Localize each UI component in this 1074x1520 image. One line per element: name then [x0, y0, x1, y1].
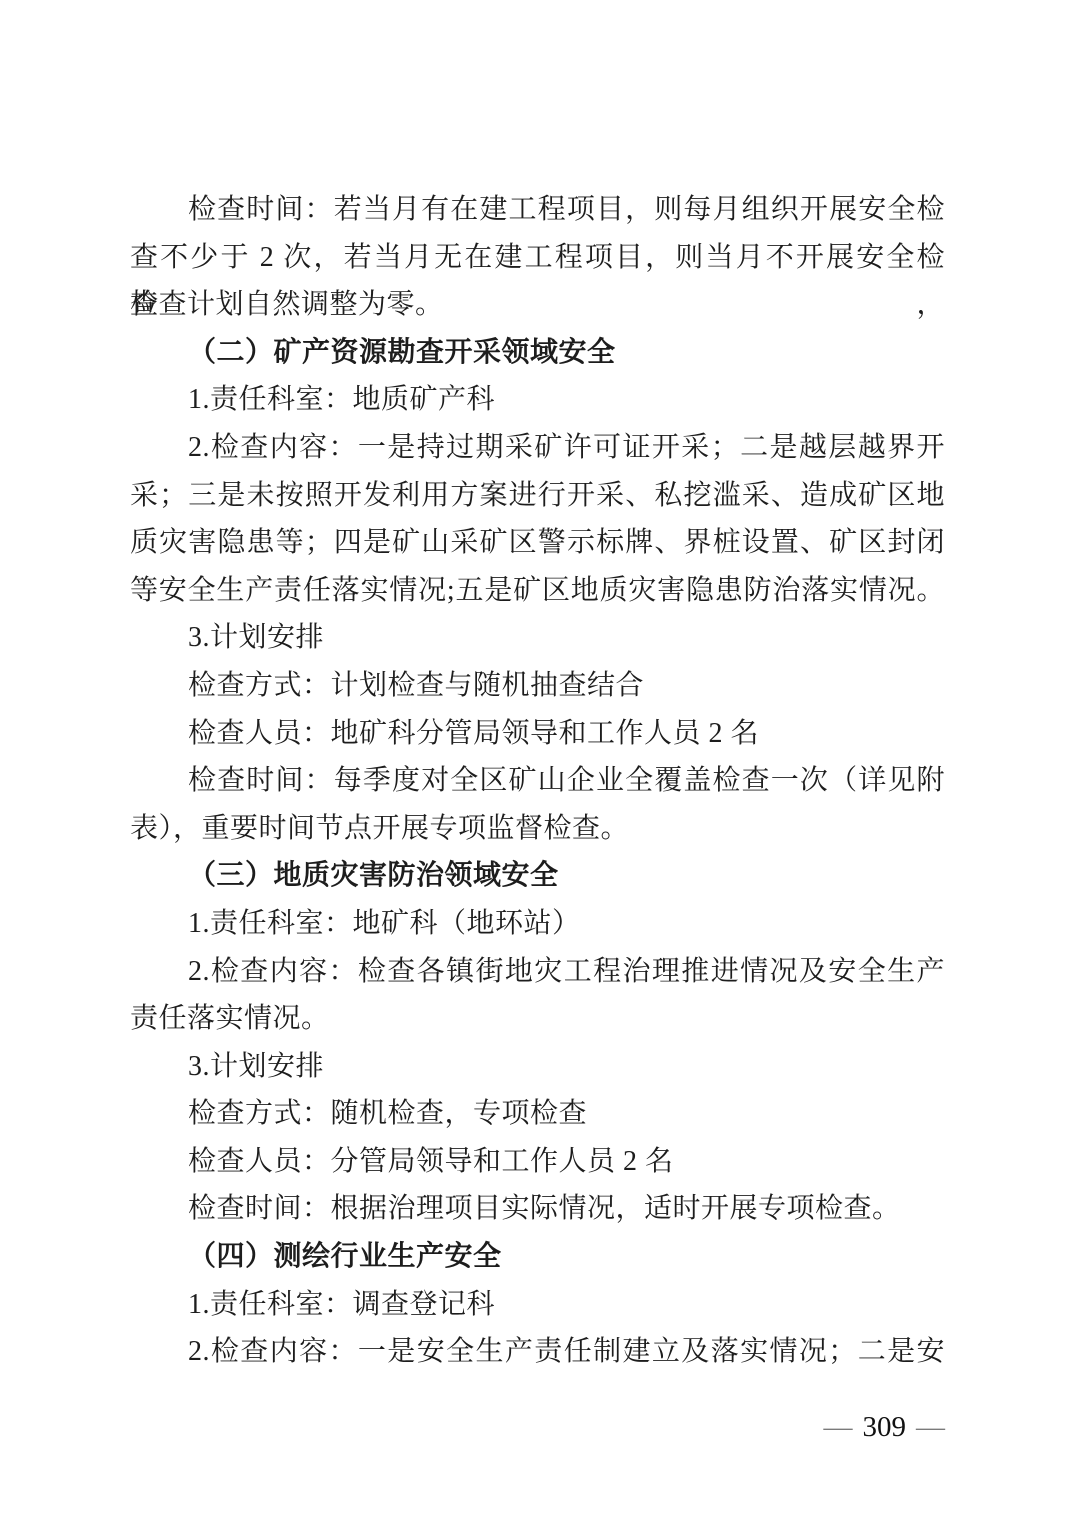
text-line: 检查人员：地矿科分管局领导和工作人员 2 名 — [130, 710, 945, 758]
text-line: 1.责任科室：调查登记科 — [130, 1281, 945, 1329]
text-line: 质灾害隐患等；四是矿山采矿区警示标牌、界桩设置、矿区封闭 — [130, 519, 945, 567]
text-line: 检查时间：若当月有在建工程项目，则每月组织开展安全检 — [130, 186, 945, 234]
text-line: 表），重要时间节点开展专项监督检查。 — [130, 805, 945, 853]
text-line: 2.检查内容：一是持过期采矿许可证开采；二是越层越界开 — [130, 424, 945, 472]
page-footer: —309— — [130, 1409, 945, 1445]
text-line: 检查方式：随机检查，专项检查 — [130, 1090, 945, 1138]
text-line: 1.责任科室：地矿科（地环站） — [130, 900, 945, 948]
document-body: 检查时间：若当月有在建工程项目，则每月组织开展安全检查不少于 2 次，若当月无在… — [130, 186, 945, 1376]
text-line: 1.责任科室：地质矿产科 — [130, 376, 945, 424]
section-heading: （四）测绘行业生产安全 — [130, 1233, 945, 1281]
text-line: 2.检查内容：检查各镇街地灾工程治理推进情况及安全生产 — [130, 948, 945, 996]
text-line: 查不少于 2 次，若当月无在建工程项目，则当月不开展安全检查， — [130, 234, 945, 282]
text-line: 3.计划安排 — [130, 1043, 945, 1091]
page-number: 309 — [853, 1411, 917, 1443]
footer-dash-right: — — [916, 1411, 945, 1443]
text-line: 责任落实情况。 — [130, 995, 945, 1043]
text-line: 检查时间：每季度对全区矿山企业全覆盖检查一次（详见附 — [130, 757, 945, 805]
text-line: 采；三是未按照开发利用方案进行开采、私挖滥采、造成矿区地 — [130, 472, 945, 520]
document-page: 检查时间：若当月有在建工程项目，则每月组织开展安全检查不少于 2 次，若当月无在… — [0, 0, 1074, 1520]
text-line: 检查时间：根据治理项目实际情况，适时开展专项检查。 — [130, 1185, 945, 1233]
text-line: 等安全生产责任落实情况;五是矿区地质灾害隐患防治落实情况。 — [130, 567, 945, 615]
text-line: 检查人员：分管局领导和工作人员 2 名 — [130, 1138, 945, 1186]
text-line: 检查方式：计划检查与随机抽查结合 — [130, 662, 945, 710]
text-line: 3.计划安排 — [130, 614, 945, 662]
section-heading: （二）矿产资源勘查开采领域安全 — [130, 329, 945, 377]
footer-dash-left: — — [824, 1411, 853, 1443]
section-heading: （三）地质灾害防治领域安全 — [130, 852, 945, 900]
text-line: 2.检查内容：一是安全生产责任制建立及落实情况；二是安 — [130, 1328, 945, 1376]
